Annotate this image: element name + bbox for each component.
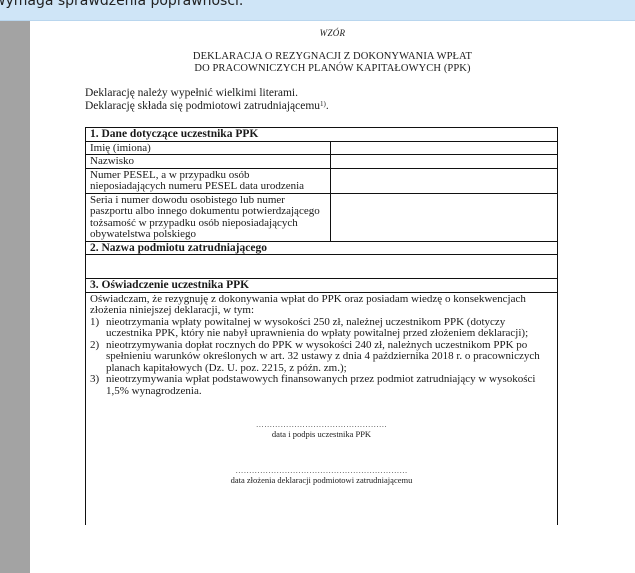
- form-row-first-name: Imię (imiona): [86, 141, 558, 155]
- signature-block: ………………………………………… data i podpis uczestnik…: [90, 421, 553, 439]
- form-row-pesel: Numer PESEL, a w przypadku osób nieposia…: [86, 168, 558, 193]
- last-name-field[interactable]: [331, 155, 558, 169]
- instruction-line-1: Deklarację należy wypełnić wielkimi lite…: [85, 87, 329, 100]
- first-name-field[interactable]: [331, 141, 558, 155]
- pesel-field[interactable]: [331, 168, 558, 193]
- statement-item: 3) nieotrzymywania wpłat podstawowych fi…: [90, 374, 553, 397]
- notification-banner: wymaga sprawdzenia poprawności.: [0, 0, 635, 21]
- section-1-header: 1. Dane dotyczące uczestnika PPK: [86, 128, 558, 142]
- template-label: WZÓR: [30, 28, 635, 38]
- signature-label: data i podpis uczestnika PPK: [90, 429, 553, 439]
- submission-date-line[interactable]: ………………………………………………………: [90, 467, 553, 475]
- banner-text: wymaga sprawdzenia poprawności.: [0, 0, 243, 9]
- statement-item: 1) nieotrzymania wpłaty powitalnej w wys…: [90, 317, 553, 340]
- section-3-header: 3. Oświadczenie uczestnika PPK: [86, 279, 558, 293]
- instructions: Deklarację należy wypełnić wielkimi lite…: [85, 87, 329, 112]
- title-line-1: DEKLARACJA O REZYGNACJI Z DOKONYWANIA WP…: [30, 51, 635, 63]
- statement-item: 2) nieotrzymywania dopłat rocznych do PP…: [90, 340, 553, 375]
- declaration-form: 1. Dane dotyczące uczestnika PPK Imię (i…: [85, 127, 558, 525]
- section-2-header: 2. Nazwa podmiotu zatrudniającego: [86, 241, 558, 255]
- footnote-marker: 1): [320, 100, 326, 108]
- statement-intro: Oświadczam, że rezygnuję z dokonywania w…: [90, 294, 553, 317]
- last-name-label: Nazwisko: [86, 155, 331, 169]
- form-row-last-name: Nazwisko: [86, 155, 558, 169]
- id-document-label: Seria i numer dowodu osobistego lub nume…: [86, 193, 331, 241]
- signature-line[interactable]: …………………………………………: [90, 421, 553, 429]
- viewer-gutter: [0, 21, 30, 573]
- id-document-field[interactable]: [331, 193, 558, 241]
- statement-body: Oświadczam, że rezygnuję z dokonywania w…: [86, 292, 558, 525]
- submission-date-label: data złożenia deklaracji podmiotowi zatr…: [90, 475, 553, 485]
- document-page: WZÓR DEKLARACJA O REZYGNACJI Z DOKONYWAN…: [30, 21, 635, 573]
- document-title: DEKLARACJA O REZYGNACJI Z DOKONYWANIA WP…: [30, 51, 635, 75]
- title-line-2: DO PRACOWNICZYCH PLANÓW KAPITAŁOWYCH (PP…: [30, 63, 635, 75]
- employer-name-field[interactable]: [86, 255, 558, 279]
- instruction-line-2: Deklarację składa się podmiotowi zatrudn…: [85, 100, 329, 113]
- form-row-id-document: Seria i numer dowodu osobistego lub nume…: [86, 193, 558, 241]
- first-name-label: Imię (imiona): [86, 141, 331, 155]
- pesel-label: Numer PESEL, a w przypadku osób nieposia…: [86, 168, 331, 193]
- submission-date-block: ……………………………………………………… data złożenia dekl…: [90, 467, 553, 485]
